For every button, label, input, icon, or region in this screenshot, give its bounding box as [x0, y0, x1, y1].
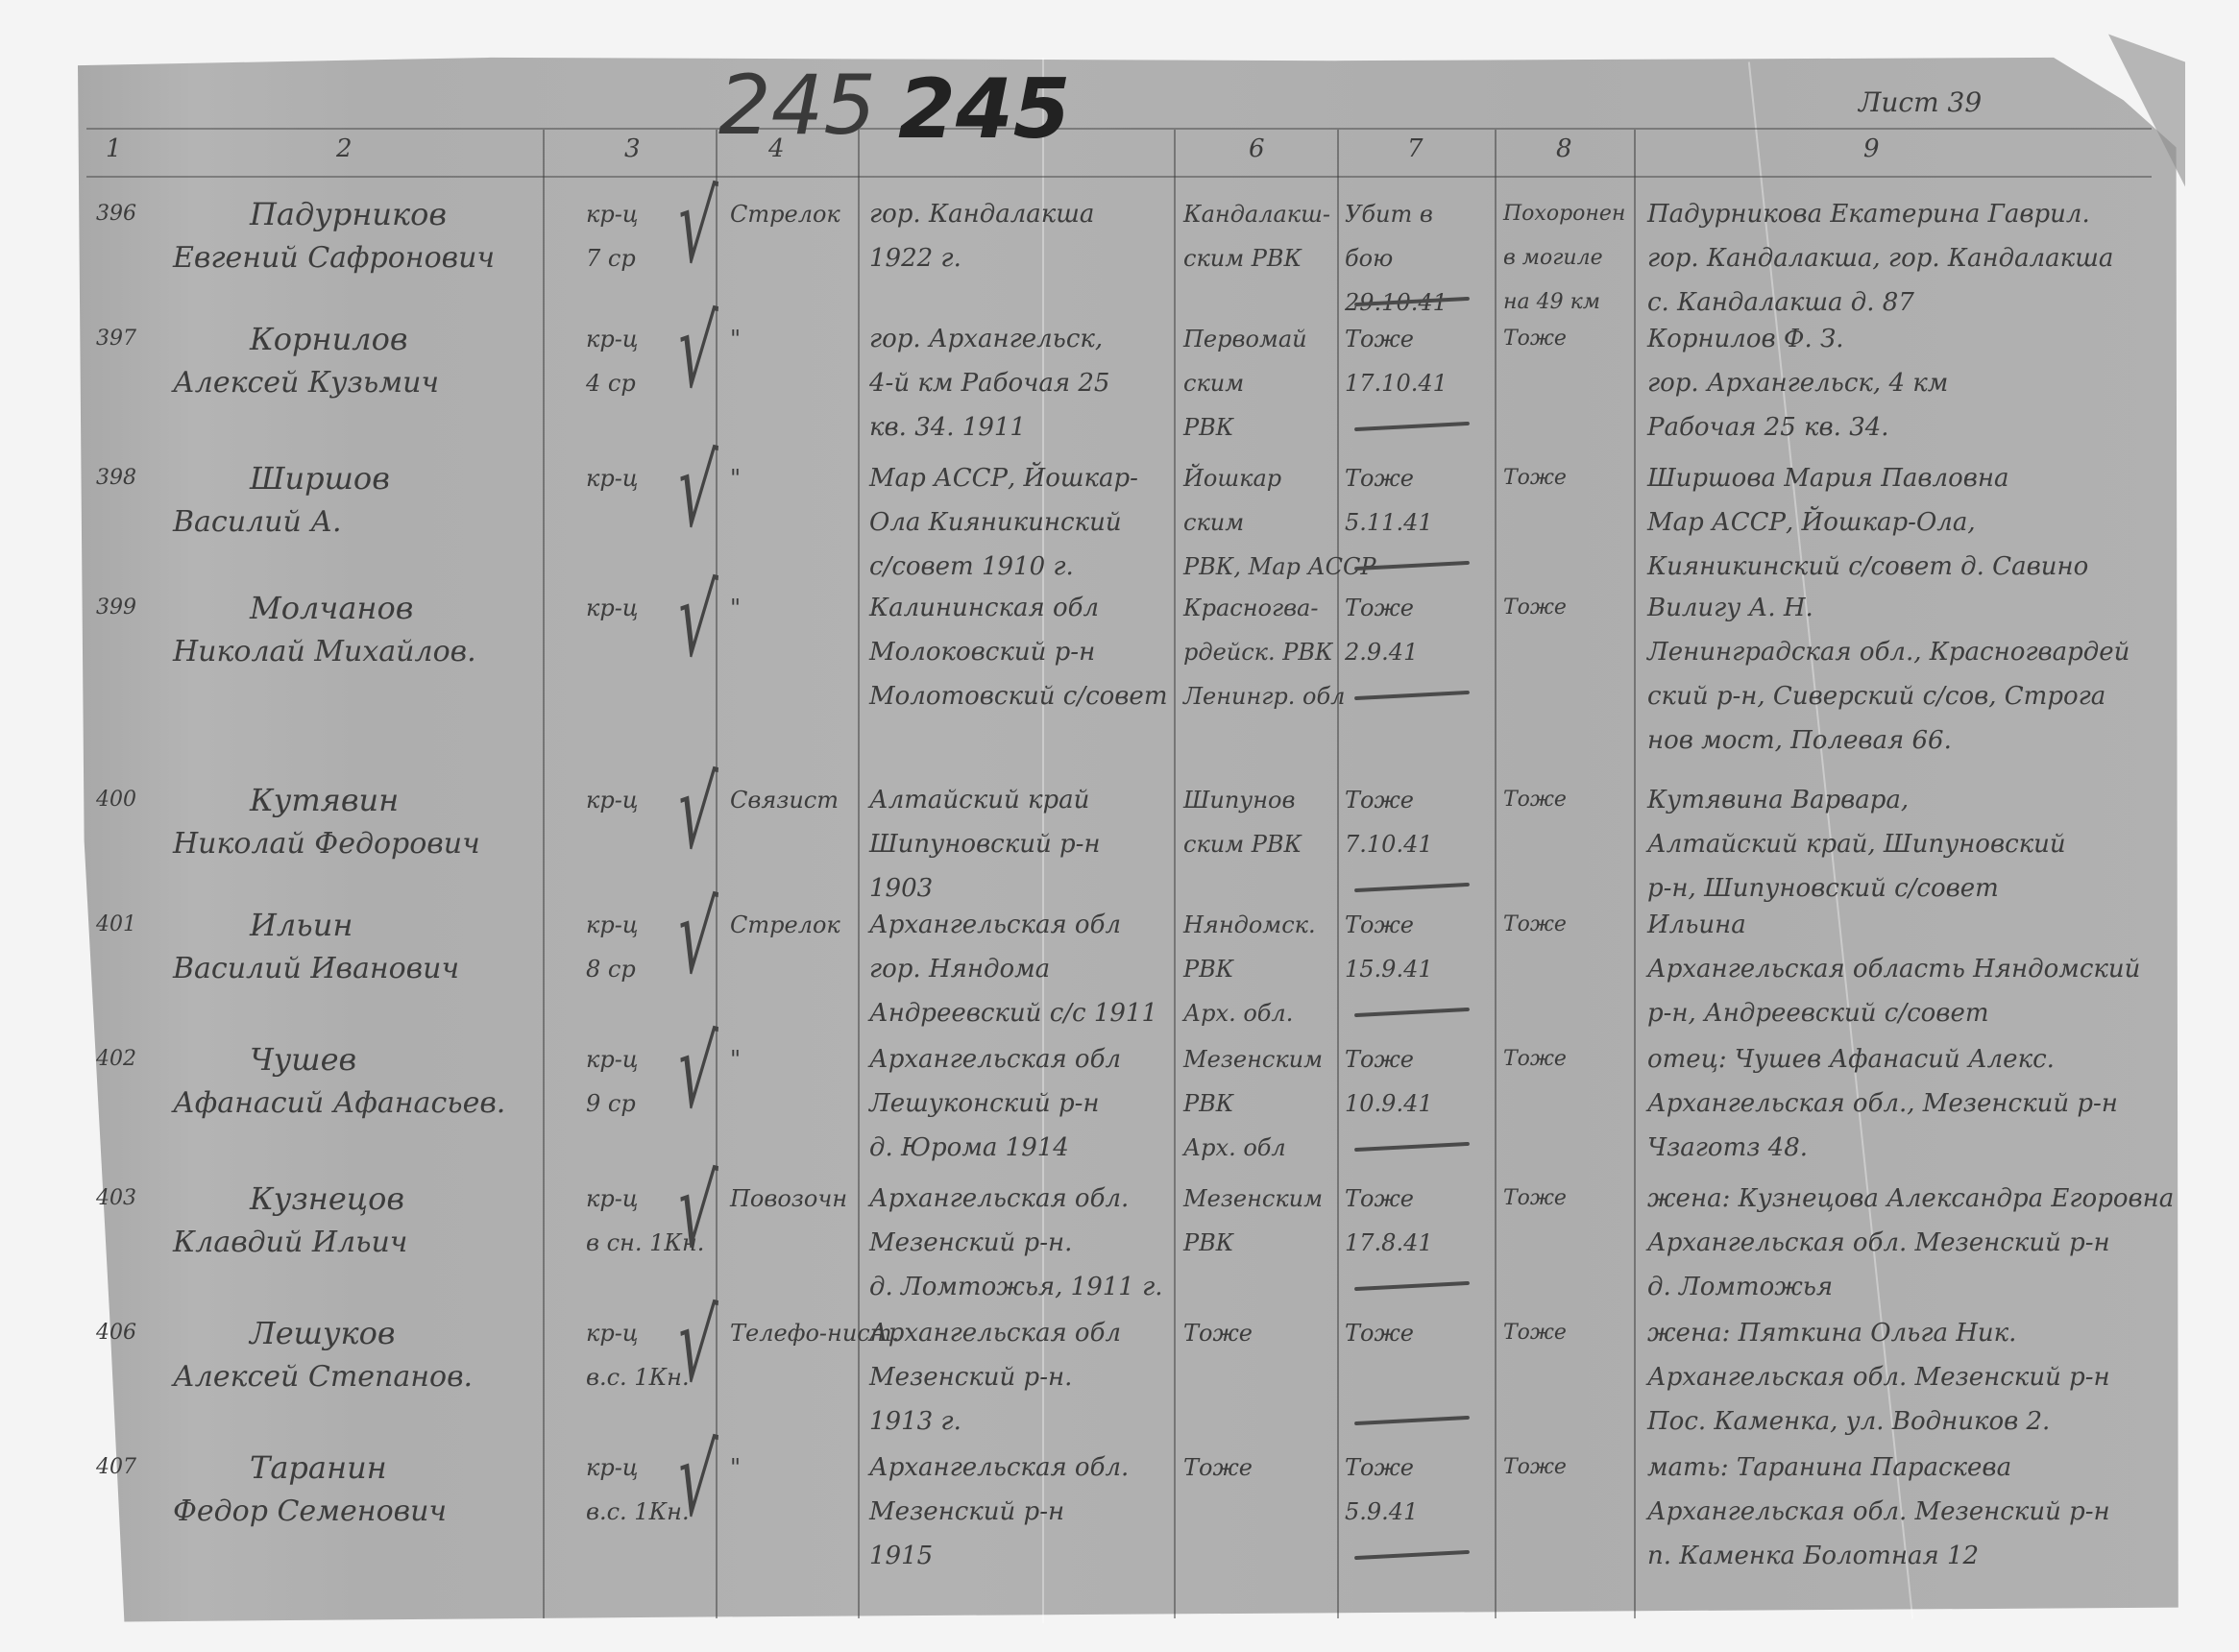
birthplace: Алтайский край [869, 778, 1089, 822]
relatives-address: Ленинградская обл., Красногвардей [1647, 630, 2129, 674]
birthplace: Мезенский р-н. [869, 1221, 1072, 1265]
conscription-office: Тоже [1183, 1311, 1253, 1355]
relatives-address: Ширшова Мария Павловна [1647, 456, 2009, 500]
surname: Ильин [250, 903, 353, 947]
conscription-office: Кандалакш- [1183, 192, 1330, 236]
surname: Лешуков [250, 1311, 396, 1355]
column-rule [716, 130, 718, 1618]
first-name-patronymic: Николай Федорович [173, 822, 480, 866]
fate-date: Тоже [1345, 1177, 1414, 1221]
relatives-address: Мар АССР, Йошкар-Ола, [1647, 500, 1976, 545]
birthplace: кв. 34. 1911 [869, 405, 1026, 449]
row-number: 398 [96, 456, 136, 500]
first-name-patronymic: Клавдий Ильич [173, 1221, 407, 1265]
fate-date: Тоже [1345, 1445, 1414, 1490]
conscription-office: рдейск. РВК [1183, 630, 1333, 674]
column-number-6: 6 [1249, 134, 1265, 163]
relatives-address: Чзаготз 48. [1647, 1126, 1808, 1170]
birthplace: д. Ломтожья, 1911 г. [869, 1265, 1163, 1309]
conscription-office: РВК, Мар АССР [1183, 545, 1376, 589]
rank: кр-ц [586, 317, 639, 361]
conscription-office: РВК [1183, 1221, 1233, 1265]
position: " [730, 586, 741, 630]
column-number-2: 2 [336, 134, 353, 163]
rank: кр-ц [586, 778, 639, 822]
fate-date: 5.11.41 [1345, 500, 1433, 545]
fate-date: Тоже [1345, 456, 1414, 500]
fate-date: Убит в [1345, 192, 1433, 236]
surname: Корнилов [250, 317, 407, 361]
position: " [730, 1445, 741, 1490]
fate-date: Тоже [1345, 586, 1414, 630]
conscription-office: ским РВК [1183, 822, 1302, 866]
relatives-address: Архангельская обл. Мезенский р-н [1647, 1221, 2110, 1265]
relatives-address: ский р-н, Сиверский с/сов, Строга [1647, 674, 2105, 718]
first-name-patronymic: Афанасий Афанасьев. [173, 1081, 505, 1126]
relatives-address: Падурникова Екатерина Гаврил. [1647, 192, 2090, 236]
conscription-office: ским [1183, 500, 1244, 545]
rank: кр-ц [586, 903, 639, 947]
surname: Кутявин [250, 778, 399, 822]
rank: кр-ц [586, 1311, 639, 1355]
position: " [730, 1037, 741, 1081]
position: " [730, 317, 741, 361]
birthplace: Лешуконский р-н [869, 1081, 1100, 1126]
birthplace: Ола Кияникинский [869, 500, 1122, 545]
column-rule [1634, 130, 1636, 1618]
birthplace: 1922 г. [869, 236, 961, 280]
column-number-3: 3 [624, 134, 641, 163]
row-number: 400 [96, 778, 136, 822]
fate-date: 2.9.41 [1345, 630, 1418, 674]
row-number: 397 [96, 317, 136, 361]
conscription-office: Арх. обл. [1183, 991, 1293, 1035]
relatives-address: Архангельская область Няндомский [1647, 947, 2140, 991]
relatives-address: нов мост, Полевая 66. [1647, 718, 1952, 763]
fate-date: бою [1345, 236, 1393, 280]
birthplace: Архангельская обл. [869, 1177, 1129, 1221]
relatives-address: Кутявина Варвара, [1647, 778, 1909, 822]
relatives-address: Корнилов Ф. З. [1647, 317, 1843, 361]
relatives-address: Вилигу А. Н. [1647, 586, 1813, 630]
relatives-address: п. Каменка Болотная 12 [1647, 1534, 1979, 1578]
rank: 7 ср [586, 236, 636, 280]
rank: 8 ср [586, 947, 636, 991]
sheet-number-label: Лист 39 [1859, 86, 1982, 118]
fate-date: Тоже [1345, 903, 1414, 947]
first-name-patronymic: Алексей Степанов. [173, 1355, 473, 1399]
birthplace: 1913 г. [869, 1399, 961, 1444]
relatives-address: Архангельская обл., Мезенский р-н [1647, 1081, 2118, 1126]
rank: кр-ц [586, 192, 639, 236]
relatives-address: гор. Архангельск, 4 км [1647, 361, 1948, 405]
burial-place: Тоже [1503, 1311, 1567, 1355]
conscription-office: Йошкар [1183, 456, 1281, 500]
burial-place: Тоже [1503, 1445, 1567, 1490]
first-name-patronymic: Евгений Сафронович [173, 236, 495, 280]
relatives-address: д. Ломтожья [1647, 1265, 1833, 1309]
birthplace: Андреевский с/с 1911 [869, 991, 1157, 1035]
rank: кр-ц [586, 1177, 639, 1221]
conscription-office: Первомай [1183, 317, 1307, 361]
fate-date: 10.9.41 [1345, 1081, 1433, 1126]
birthplace: 4-й км Рабочая 25 [869, 361, 1109, 405]
conscription-office: Арх. обл [1183, 1126, 1286, 1170]
birthplace: Молотовский с/совет [869, 674, 1167, 718]
position: " [730, 456, 741, 500]
birthplace: гор. Архангельск, [869, 317, 1103, 361]
relatives-address: жена: Кузнецова Александра Егоровна [1647, 1177, 2174, 1221]
rank: 4 ср [586, 361, 636, 405]
fate-date: Тоже [1345, 778, 1414, 822]
birthplace: с/совет 1910 г. [869, 545, 1074, 589]
conscription-office: РВК [1183, 405, 1233, 449]
position: Стрелок [730, 192, 840, 236]
row-number: 396 [96, 192, 136, 236]
column-number-4: 4 [768, 134, 785, 163]
row-number: 406 [96, 1311, 136, 1355]
relatives-address: Ильина [1647, 903, 1746, 947]
column-rule [1174, 130, 1176, 1618]
fate-date: 17.8.41 [1345, 1221, 1433, 1265]
column-number-8: 8 [1556, 134, 1572, 163]
row-number: 402 [96, 1037, 136, 1081]
relatives-address: Кияникинский с/совет д. Савино [1647, 545, 2088, 589]
relatives-address: отец: Чушев Афанасий Алекс. [1647, 1037, 2055, 1081]
birthplace: Шипуновский р-н [869, 822, 1101, 866]
rank: 9 ср [586, 1081, 636, 1126]
fate-date: 15.9.41 [1345, 947, 1433, 991]
burial-place: Тоже [1503, 317, 1567, 361]
relatives-address: мать: Таранина Параскева [1647, 1445, 2011, 1490]
archive-number-bold: 245 [898, 61, 1071, 158]
position: Связист [730, 778, 839, 822]
relatives-address: гор. Кандалакша, гор. Кандалакша [1647, 236, 2113, 280]
relatives-address: Рабочая 25 кв. 34. [1647, 405, 1889, 449]
birthplace: Архангельская обл. [869, 1445, 1129, 1490]
burial-place: Тоже [1503, 1037, 1567, 1081]
conscription-office: РВК [1183, 947, 1233, 991]
conscription-office: ским РВК [1183, 236, 1302, 280]
birthplace: Архангельская обл [869, 903, 1121, 947]
conscription-office: Ленингр. обл [1183, 674, 1345, 718]
birthplace: Архангельская обл [869, 1311, 1121, 1355]
fate-date: 5.9.41 [1345, 1490, 1418, 1534]
conscription-office: Тоже [1183, 1445, 1253, 1490]
relatives-address: Пос. Каменка, ул. Водников 2. [1647, 1399, 2050, 1444]
birthplace: д. Юрома 1914 [869, 1126, 1069, 1170]
first-name-patronymic: Федор Семенович [173, 1490, 447, 1534]
first-name-patronymic: Николай Михайлов. [173, 630, 476, 674]
burial-place: Тоже [1503, 456, 1567, 500]
position: Повозочн [730, 1177, 847, 1221]
surname: Кузнецов [250, 1177, 404, 1221]
column-rule [1495, 130, 1497, 1618]
conscription-office: ским [1183, 361, 1244, 405]
birthplace: Калининская обл [869, 586, 1099, 630]
burial-place: Тоже [1503, 778, 1567, 822]
burial-place: в могиле [1503, 236, 1603, 280]
rank: кр-ц [586, 1037, 639, 1081]
relatives-address: жена: Пяткина Ольга Ник. [1647, 1311, 2016, 1355]
burial-place: Похоронен [1503, 192, 1625, 236]
burial-place: Тоже [1503, 586, 1567, 630]
conscription-office: Красногва- [1183, 586, 1318, 630]
relatives-address: Алтайский край, Шипуновский [1647, 822, 2066, 866]
row-number: 407 [96, 1445, 136, 1490]
column-number-1: 1 [106, 134, 122, 163]
fate-date: 17.10.41 [1345, 361, 1448, 405]
row-number: 399 [96, 586, 136, 630]
birthplace: Мар АССР, Йошкар- [869, 456, 1138, 500]
birthplace: Молоковский р-н [869, 630, 1095, 674]
birthplace: гор. Няндома [869, 947, 1050, 991]
birthplace: 1915 [869, 1534, 933, 1578]
first-name-patronymic: Василий А. [173, 500, 342, 545]
archive-number-pencil: 245 [718, 58, 876, 154]
birthplace: гор. Кандалакша [869, 192, 1094, 236]
relatives-address: Архангельская обл. Мезенский р-н [1647, 1490, 2110, 1534]
row-number: 403 [96, 1177, 136, 1221]
birthplace: Мезенский р-н [869, 1490, 1064, 1534]
fate-date: 7.10.41 [1345, 822, 1433, 866]
first-name-patronymic: Алексей Кузьмич [173, 361, 439, 405]
header-top-rule [86, 128, 2152, 130]
column-rule [1337, 130, 1339, 1618]
row-number: 401 [96, 903, 136, 947]
column-number-7: 7 [1407, 134, 1424, 163]
surname: Молчанов [250, 586, 413, 630]
burial-place: Тоже [1503, 903, 1567, 947]
fate-date: Тоже [1345, 1037, 1414, 1081]
rank: кр-ц [586, 1445, 639, 1490]
surname: Чушев [250, 1037, 356, 1081]
conscription-office: Няндомск. [1183, 903, 1316, 947]
birthplace: Мезенский р-н. [869, 1355, 1072, 1399]
conscription-office: Мезенским [1183, 1177, 1323, 1221]
fate-date: Тоже [1345, 1311, 1414, 1355]
surname: Таранин [250, 1445, 387, 1490]
rank: кр-ц [586, 456, 639, 500]
conscription-office: РВК [1183, 1081, 1233, 1126]
surname: Ширшов [250, 456, 390, 500]
burial-place: Тоже [1503, 1177, 1567, 1221]
header-bottom-rule [86, 176, 2152, 178]
position: Стрелок [730, 903, 840, 947]
rank: кр-ц [586, 586, 639, 630]
conscription-office: Мезенским [1183, 1037, 1323, 1081]
column-rule [858, 130, 860, 1618]
conscription-office: Шипунов [1183, 778, 1295, 822]
fate-date: Тоже [1345, 317, 1414, 361]
relatives-address: Архангельская обл. Мезенский р-н [1647, 1355, 2110, 1399]
surname: Падурников [250, 192, 447, 236]
relatives-address: р-н, Андреевский с/совет [1647, 991, 1988, 1035]
birthplace: Архангельская обл [869, 1037, 1121, 1081]
first-name-patronymic: Василий Иванович [173, 947, 459, 991]
column-rule [543, 130, 545, 1618]
column-number-9: 9 [1863, 134, 1880, 163]
